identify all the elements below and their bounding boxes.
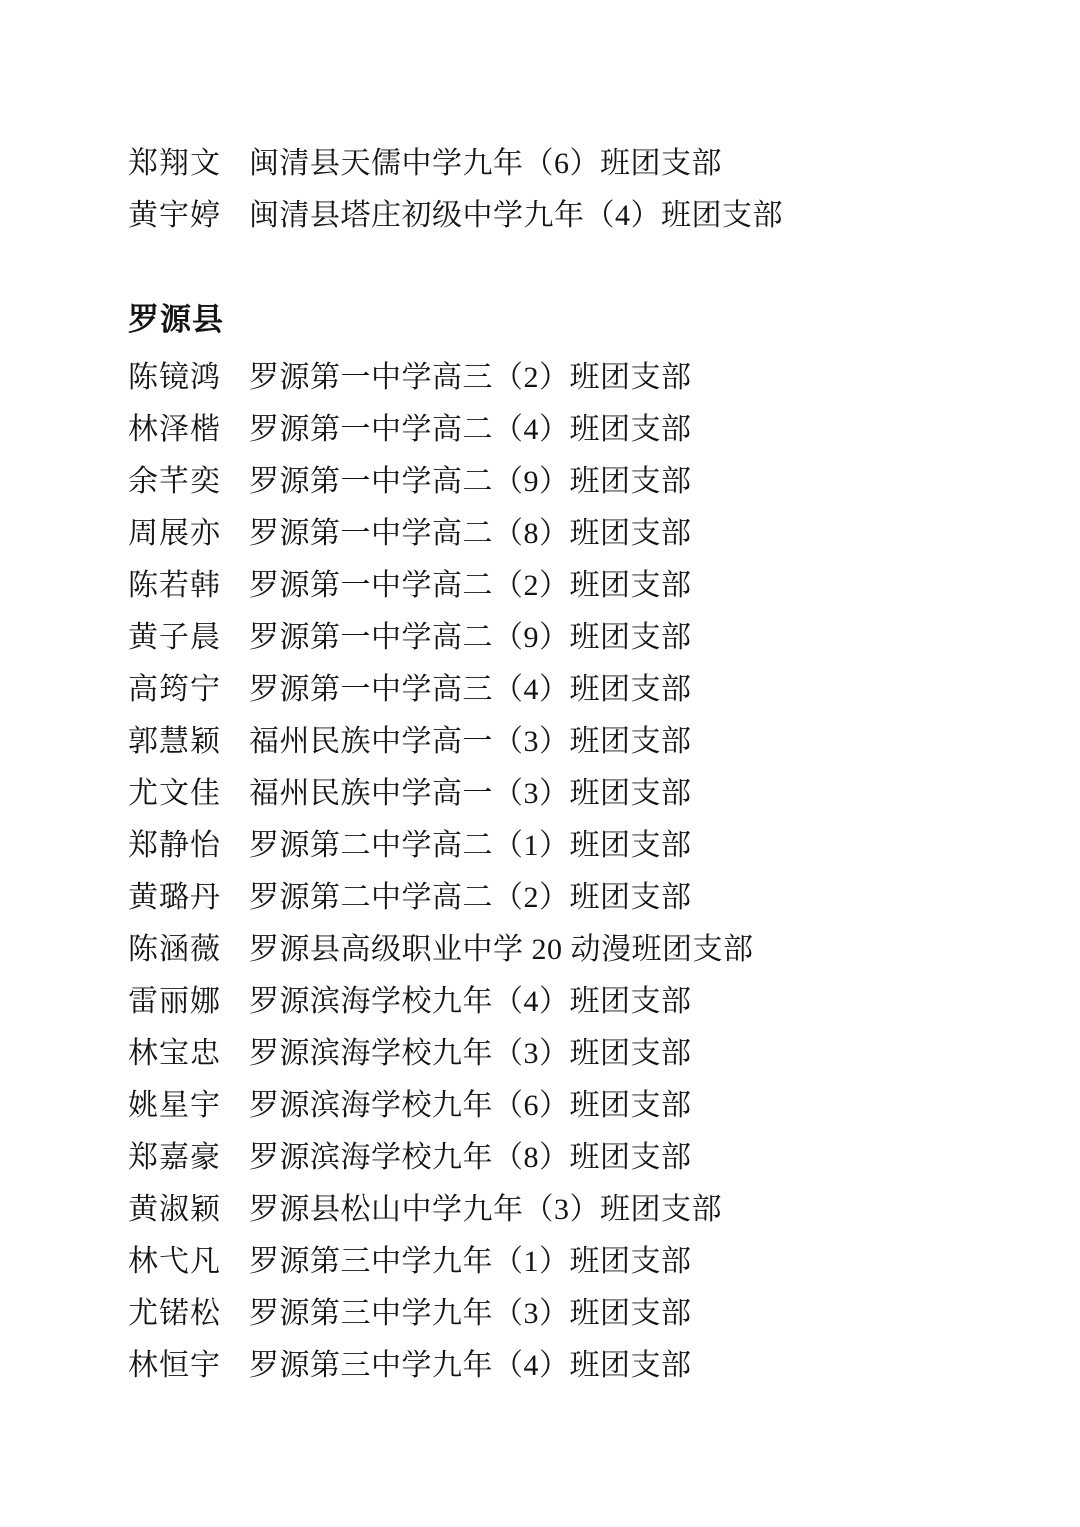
branch-name: 罗源第二中学高二（2）班团支部 bbox=[249, 881, 692, 914]
branch-name: 罗源第一中学高三（2）班团支部 bbox=[249, 361, 692, 394]
list-item: 黄宇婷闽清县塔庄初级中学九年（4）班团支部 bbox=[128, 190, 783, 242]
branch-name: 罗源滨海学校九年（8）班团支部 bbox=[249, 1141, 692, 1174]
list-item: 高筠宁罗源第一中学高三（4）班团支部 bbox=[128, 664, 783, 716]
member-name: 郑嘉豪 bbox=[128, 1132, 249, 1184]
list-item: 郭慧颖福州民族中学高一（3）班团支部 bbox=[128, 716, 783, 768]
entries-group-luoyuan: 陈镜鸿罗源第一中学高三（2）班团支部林泽楷罗源第一中学高二（4）班团支部余芊奕罗… bbox=[128, 352, 783, 1392]
list-item: 林宝忠罗源滨海学校九年（3）班团支部 bbox=[128, 1028, 783, 1080]
branch-name: 罗源第一中学高二（9）班团支部 bbox=[249, 465, 692, 498]
list-item: 陈镜鸿罗源第一中学高三（2）班团支部 bbox=[128, 352, 783, 404]
list-item: 周展亦罗源第一中学高二（8）班团支部 bbox=[128, 508, 783, 560]
branch-name: 罗源滨海学校九年（6）班团支部 bbox=[249, 1089, 692, 1122]
list-item: 陈涵薇罗源县高级职业中学 20 动漫班团支部 bbox=[128, 924, 783, 976]
member-name: 雷丽娜 bbox=[128, 976, 249, 1028]
member-name: 黄宇婷 bbox=[128, 190, 249, 242]
list-item: 姚星宇罗源滨海学校九年（6）班团支部 bbox=[128, 1080, 783, 1132]
member-name: 陈若韩 bbox=[128, 560, 249, 612]
list-item: 黄子晨罗源第一中学高二（9）班团支部 bbox=[128, 612, 783, 664]
branch-name: 罗源第三中学九年（3）班团支部 bbox=[249, 1297, 692, 1330]
member-name: 余芊奕 bbox=[128, 456, 249, 508]
branch-name: 罗源滨海学校九年（3）班团支部 bbox=[249, 1037, 692, 1070]
member-name: 黄子晨 bbox=[128, 612, 249, 664]
member-name: 林宝忠 bbox=[128, 1028, 249, 1080]
branch-name: 罗源第一中学高二（4）班团支部 bbox=[249, 413, 692, 446]
branch-name: 罗源第二中学高二（1）班团支部 bbox=[249, 829, 692, 862]
member-name: 郑翔文 bbox=[128, 138, 249, 190]
list-item: 黄淑颖罗源县松山中学九年（3）班团支部 bbox=[128, 1184, 783, 1236]
list-item: 林泽楷罗源第一中学高二（4）班团支部 bbox=[128, 404, 783, 456]
member-name: 郭慧颖 bbox=[128, 716, 249, 768]
member-name: 尤锘松 bbox=[128, 1288, 249, 1340]
branch-name: 福州民族中学高一（3）班团支部 bbox=[249, 725, 692, 758]
branch-name: 罗源第一中学高三（4）班团支部 bbox=[249, 673, 692, 706]
list-item: 尤文佳福州民族中学高一（3）班团支部 bbox=[128, 768, 783, 820]
member-name: 黄璐丹 bbox=[128, 872, 249, 924]
branch-name: 罗源第一中学高二（8）班团支部 bbox=[249, 517, 692, 550]
list-item: 郑嘉豪罗源滨海学校九年（8）班团支部 bbox=[128, 1132, 783, 1184]
list-item: 余芊奕罗源第一中学高二（9）班团支部 bbox=[128, 456, 783, 508]
branch-name: 罗源滨海学校九年（4）班团支部 bbox=[249, 985, 692, 1018]
list-item: 林恒宇罗源第三中学九年（4）班团支部 bbox=[128, 1340, 783, 1392]
entries-group-top: 郑翔文闽清县天儒中学九年（6）班团支部黄宇婷闽清县塔庄初级中学九年（4）班团支部 bbox=[128, 138, 783, 242]
list-item: 黄璐丹罗源第二中学高二（2）班团支部 bbox=[128, 872, 783, 924]
list-item: 郑翔文闽清县天儒中学九年（6）班团支部 bbox=[128, 138, 783, 190]
member-name: 姚星宇 bbox=[128, 1080, 249, 1132]
list-item: 郑静怡罗源第二中学高二（1）班团支部 bbox=[128, 820, 783, 872]
branch-name: 罗源第三中学九年（4）班团支部 bbox=[249, 1349, 692, 1382]
member-name: 高筠宁 bbox=[128, 664, 249, 716]
branch-name: 福州民族中学高一（3）班团支部 bbox=[249, 777, 692, 810]
document-page: 郑翔文闽清县天儒中学九年（6）班团支部黄宇婷闽清县塔庄初级中学九年（4）班团支部… bbox=[0, 0, 1080, 1527]
member-name: 林恒宇 bbox=[128, 1340, 249, 1392]
document-content: 郑翔文闽清县天儒中学九年（6）班团支部黄宇婷闽清县塔庄初级中学九年（4）班团支部… bbox=[128, 138, 783, 1392]
list-item: 林弋凡罗源第三中学九年（1）班团支部 bbox=[128, 1236, 783, 1288]
member-name: 林弋凡 bbox=[128, 1236, 249, 1288]
branch-name: 罗源县高级职业中学 20 动漫班团支部 bbox=[249, 933, 754, 966]
member-name: 周展亦 bbox=[128, 508, 249, 560]
member-name: 林泽楷 bbox=[128, 404, 249, 456]
branch-name: 罗源县松山中学九年（3）班团支部 bbox=[249, 1193, 722, 1226]
branch-name: 罗源第一中学高二（9）班团支部 bbox=[249, 621, 692, 654]
member-name: 郑静怡 bbox=[128, 820, 249, 872]
member-name: 陈涵薇 bbox=[128, 924, 249, 976]
branch-name: 罗源第一中学高二（2）班团支部 bbox=[249, 569, 692, 602]
blank-line bbox=[128, 242, 783, 294]
branch-name: 闽清县天儒中学九年（6）班团支部 bbox=[249, 147, 722, 180]
member-name: 尤文佳 bbox=[128, 768, 249, 820]
member-name: 黄淑颖 bbox=[128, 1184, 249, 1236]
list-item: 雷丽娜罗源滨海学校九年（4）班团支部 bbox=[128, 976, 783, 1028]
branch-name: 闽清县塔庄初级中学九年（4）班团支部 bbox=[249, 199, 783, 232]
member-name: 陈镜鸿 bbox=[128, 352, 249, 404]
list-item: 尤锘松罗源第三中学九年（3）班团支部 bbox=[128, 1288, 783, 1340]
branch-name: 罗源第三中学九年（1）班团支部 bbox=[249, 1245, 692, 1278]
section-heading: 罗源县 bbox=[128, 294, 783, 346]
list-item: 陈若韩罗源第一中学高二（2）班团支部 bbox=[128, 560, 783, 612]
